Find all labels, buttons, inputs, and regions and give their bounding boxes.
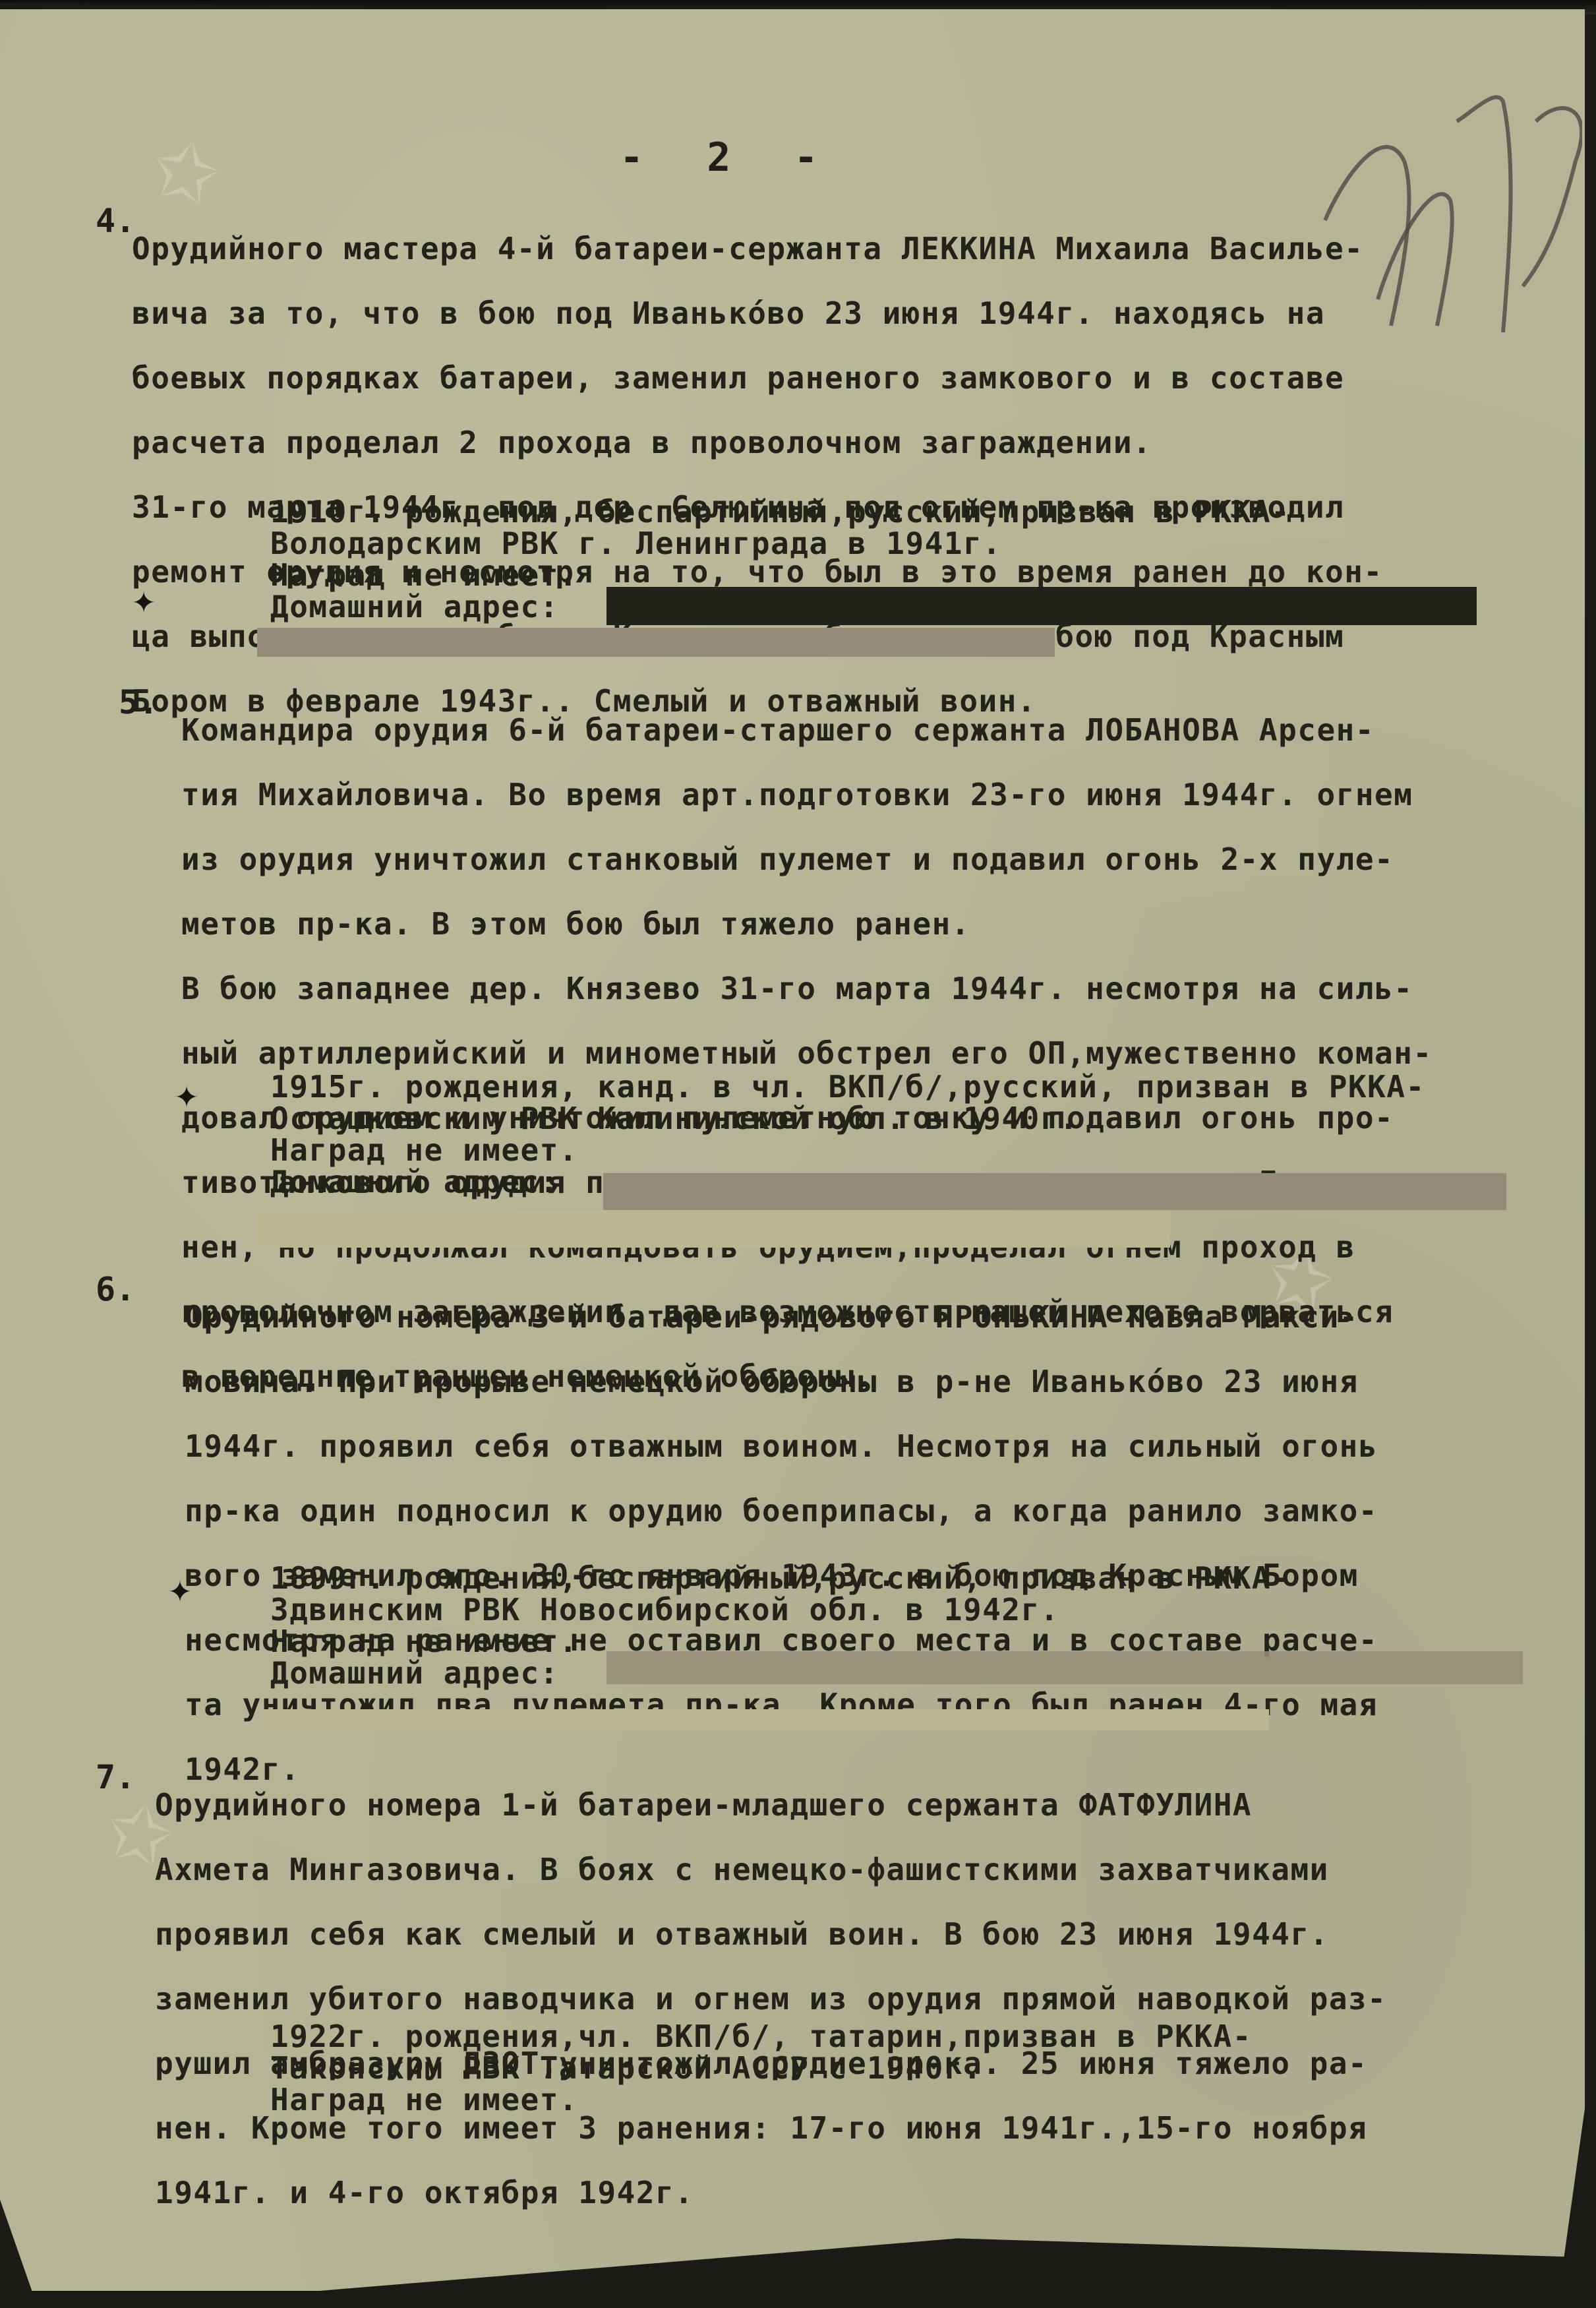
citation-text: Орудийного номера 3-й батареи-рядового П… xyxy=(185,1269,1378,1818)
citation-line: заменил убитого наводчика и огнем из ору… xyxy=(155,1983,1386,2015)
redacted-address xyxy=(606,587,1477,625)
bio-conscription: Володарским РВК г. Ленинграда в 1941г. xyxy=(270,528,1290,559)
citation-line: Орудийного номера 1-й батареи-младшего с… xyxy=(155,1789,1386,1821)
citation-line: расчета проделал 2 прохода в проволочном… xyxy=(132,427,1383,459)
punch-hole-icon: ✦ xyxy=(132,576,156,623)
entry-number: 7. xyxy=(96,1758,135,1796)
citation-line: из орудия уничтожил станковый пулемет и … xyxy=(181,843,1433,876)
punch-hole-icon: ✦ xyxy=(175,1071,198,1117)
citation-line: Командира орудия 6-й батареи-старшего се… xyxy=(181,714,1433,746)
citation-line: проявил себя как смелый и отважный воин.… xyxy=(155,1918,1386,1951)
citation-line: ный артиллерийский и минометный обстрел … xyxy=(181,1037,1433,1070)
entry-number: 6. xyxy=(96,1270,135,1308)
bio-block: 1922г. рождения,чл. ВКП/б/, татарин,приз… xyxy=(270,2020,1252,2115)
citation-line: вича за то, что в бою под Иванько́во 23 … xyxy=(132,297,1383,330)
citation-line: 1941г. и 4-го октября 1942г. xyxy=(155,2177,1386,2209)
bio-awards: Наград не имеет. xyxy=(270,2084,1252,2115)
redacted-address xyxy=(264,1709,1269,1730)
citation-line: В бою западнее дер. Князево 31-го марта … xyxy=(181,973,1433,1005)
bio-birth-party: 1910г. рождения, беспартийный,русский,пр… xyxy=(270,496,1290,528)
punch-hole-icon: ✦ xyxy=(168,1565,192,1612)
entry-number: 5. xyxy=(119,683,158,721)
bio-birth-party: 1915г. рождения, канд. в чл. ВКП/б/,русс… xyxy=(270,1071,1425,1103)
redacted-address xyxy=(257,628,1055,657)
bio-awards: Наград не имеет. xyxy=(270,1134,1425,1166)
citation-text: Орудийного мастера 4-й батареи-сержанта … xyxy=(132,200,1383,750)
redacted-address xyxy=(603,1173,1506,1210)
page-number: - 2 - xyxy=(620,135,838,181)
bio-conscription: Осташковским РВК Калининской обл. в 1940… xyxy=(270,1103,1425,1134)
citation-line: пр-ка один подносил к орудию боеприпасы,… xyxy=(185,1495,1378,1527)
citation-line: боевых порядках батареи, заменил раненог… xyxy=(132,362,1383,394)
document-page: ✩ ✩ ✩ - 2 - 4. Орудийного мастера 4-й ба… xyxy=(0,9,1596,2291)
bio-conscription: Здвинским РВК Новосибирской обл. в 1942г… xyxy=(270,1594,1290,1625)
redacted-address xyxy=(257,1211,1170,1248)
bio-conscription: Таконским РВК Татарской АССР с 1940г. xyxy=(270,2052,1252,2084)
entry-number: 4. xyxy=(96,202,135,240)
redacted-address xyxy=(606,1651,1523,1684)
citation-line: метов пр-ка. В этом бою был тяжело ранен… xyxy=(181,908,1433,940)
citation-line: тия Михайловича. Во время арт.подготовки… xyxy=(181,779,1433,811)
citation-text: Орудийного номера 1-й батареи-младшего с… xyxy=(155,1757,1386,2241)
bio-awards: Наград не имеет. xyxy=(270,559,1290,591)
citation-line: Орудийного номера 3-й батареи-рядового П… xyxy=(185,1301,1378,1333)
bio-birth-party: 1922г. рождения,чл. ВКП/б/, татарин,приз… xyxy=(270,2020,1252,2052)
citation-line: Орудийного мастера 4-й батареи-сержанта … xyxy=(132,233,1383,265)
citation-line: мовича. При прорыве немецкой обороны в р… xyxy=(185,1366,1378,1398)
citation-line: Ахмета Мингазовича. В боях с немецко-фаш… xyxy=(155,1854,1386,1886)
bio-birth-party: 1899г. рождения,беспартийный,русский, пр… xyxy=(270,1562,1290,1594)
citation-line: 1944г. проявил себя отважным воином. Нес… xyxy=(185,1430,1378,1463)
